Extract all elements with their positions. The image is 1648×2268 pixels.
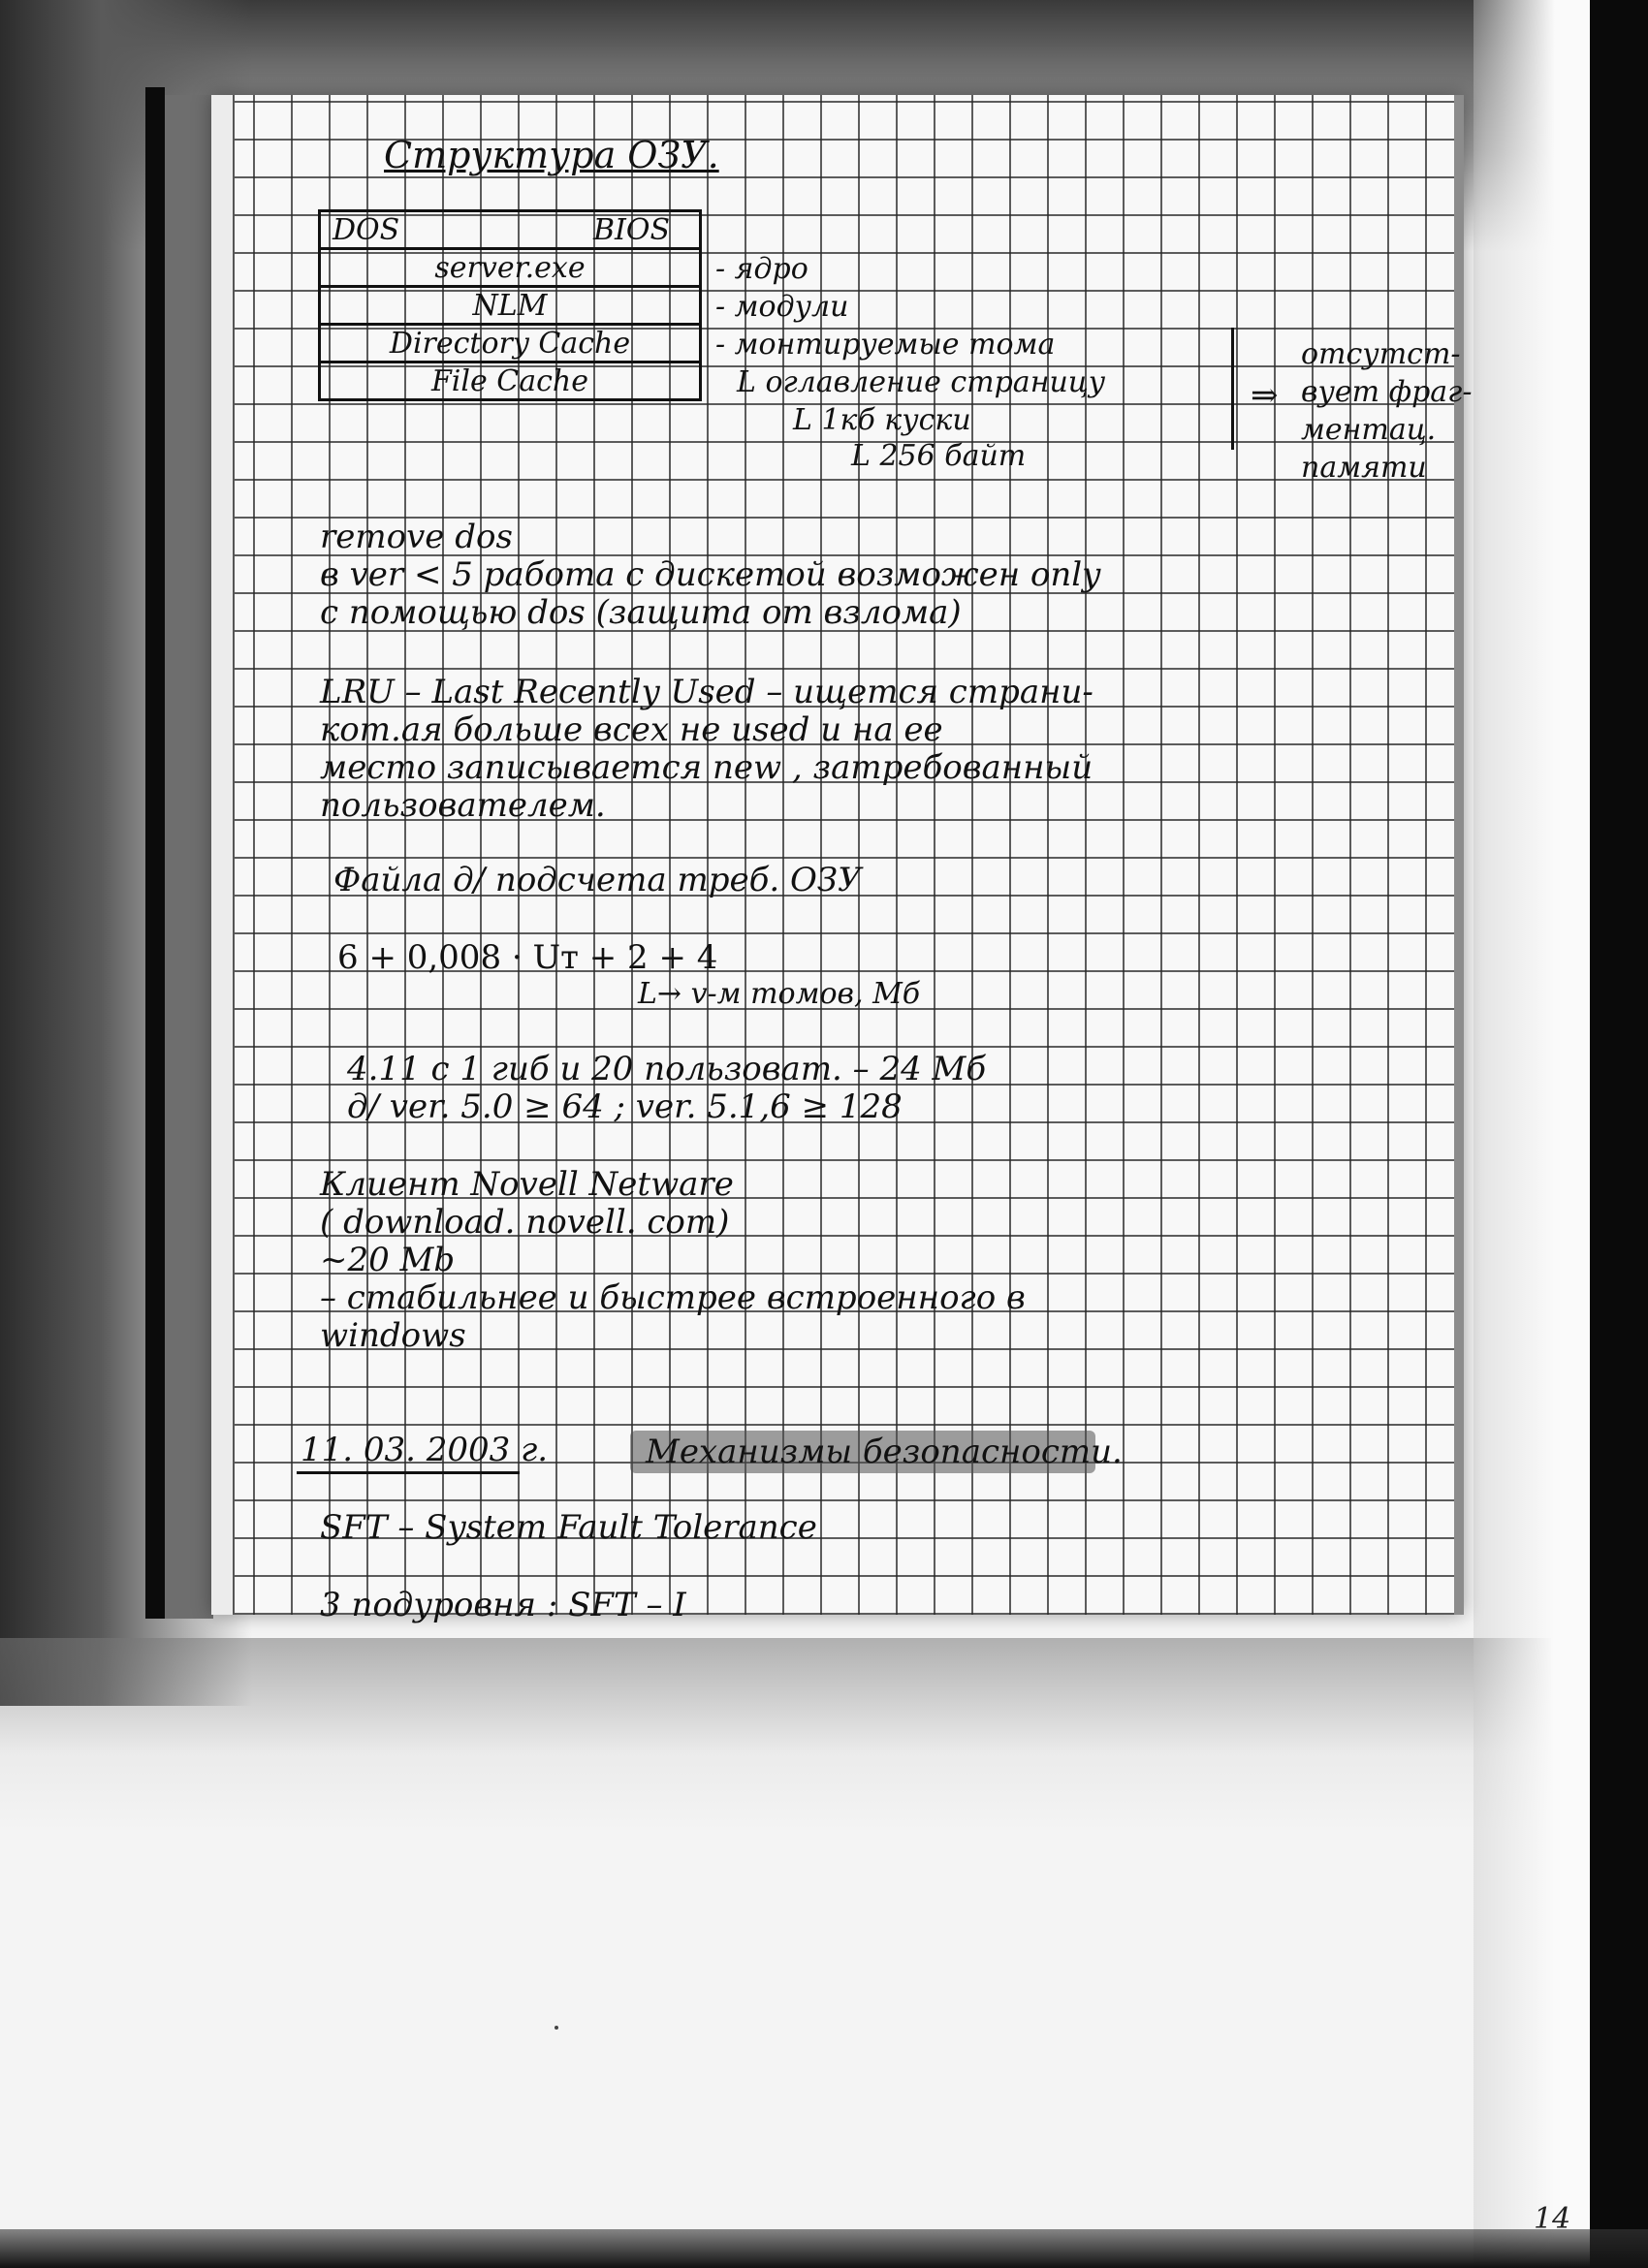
table-cell-dos: DOS (333, 213, 399, 247)
table-row: File Cache (321, 363, 699, 398)
arrow-icon: ⇒ (1251, 376, 1279, 415)
scan-margin-right (1474, 0, 1590, 2268)
note-line: Клиент Novell Netware (320, 1165, 734, 1204)
scan-shadow-bottom (0, 1638, 1551, 1832)
notebook-cover-edge (145, 87, 165, 1619)
date-underline (297, 1471, 520, 1474)
table-note: L оглавление страницу (737, 365, 1105, 399)
bracket-line (1231, 328, 1234, 450)
note-line: windows (320, 1316, 466, 1355)
note-line: кот.ая больше всех не used и на ее (320, 710, 943, 749)
note-line: remove dos (320, 518, 513, 556)
side-note-line: отсутст- (1301, 337, 1461, 371)
section-heading: Механизмы безопасности. (646, 1433, 1123, 1471)
table-cell: NLM (473, 289, 548, 323)
table-note: - ядро (715, 252, 808, 286)
side-note-line: вует фраг- (1301, 375, 1472, 409)
formula-note: L→ v-м томов, Мб (638, 977, 920, 1011)
table-row: server.exe (321, 250, 699, 288)
note-line: место записывается new , затребованный (320, 748, 1093, 787)
table-note: - модули (715, 290, 848, 324)
formula-example: 4.11 с 1 гиб и 20 пользоват. – 24 Мб (347, 1050, 986, 1088)
sft-levels: 3 подуровня : SFT – I (320, 1586, 686, 1624)
page-number: 14 (1534, 2202, 1570, 2236)
table-row: NLM (321, 288, 699, 326)
formula: 6 + 0,008 · Uт + 2 + 4 (337, 938, 717, 977)
note-line: с помощью dos (защита от взлома) (320, 593, 962, 632)
scan-edge-bottom (0, 2229, 1648, 2268)
note-line: в ver < 5 работа с дискетой возможен onl… (320, 555, 1100, 594)
table-row: DOS BIOS (321, 212, 699, 250)
table-subnote: L 1кб куски (793, 403, 971, 437)
memory-structure-table: DOS BIOS server.exe NLM Directory Cache … (318, 209, 702, 401)
note-line: LRU – Last Recently Used – ищется страни… (320, 673, 1093, 711)
table-row: Directory Cache (321, 326, 699, 363)
scan-speck (555, 2026, 558, 2030)
table-cell: File Cache (431, 364, 588, 398)
table-cell-bios: BIOS (593, 213, 670, 247)
table-cell: Directory Cache (390, 327, 630, 361)
note-line: пользователем. (320, 786, 606, 825)
lecture-date: 11. 03. 2003 г. (301, 1431, 548, 1469)
sft-definition: SFT – System Fault Tolerance (320, 1508, 817, 1547)
note-line: – стабильнее и быстрее встроенного в (320, 1278, 1026, 1317)
page-margin-strip (211, 95, 235, 1615)
table-cell: server.exe (434, 251, 585, 285)
version-requirements: д/ ver. 5.0 ≥ 64 ; ver. 5.1,6 ≥ 128 (347, 1087, 903, 1126)
table-note: - монтируемые тома (715, 328, 1055, 362)
note-line: ( download. novell. com) (320, 1203, 729, 1242)
section-title: Структура ОЗУ. (384, 134, 719, 176)
note-line: ~20 Mb (320, 1241, 455, 1279)
notebook-page: Структура ОЗУ. DOS BIOS server.exe NLM D… (211, 95, 1464, 1615)
scan-edge-right (1590, 0, 1648, 2268)
side-note-line: памяти (1301, 451, 1427, 485)
formula-heading: Файла д/ подсчета треб. ОЗУ (333, 861, 862, 899)
table-subnote: L 256 байт (851, 439, 1026, 473)
side-note-line: ментац. (1301, 413, 1436, 447)
notebook-cover-board (165, 95, 213, 1619)
